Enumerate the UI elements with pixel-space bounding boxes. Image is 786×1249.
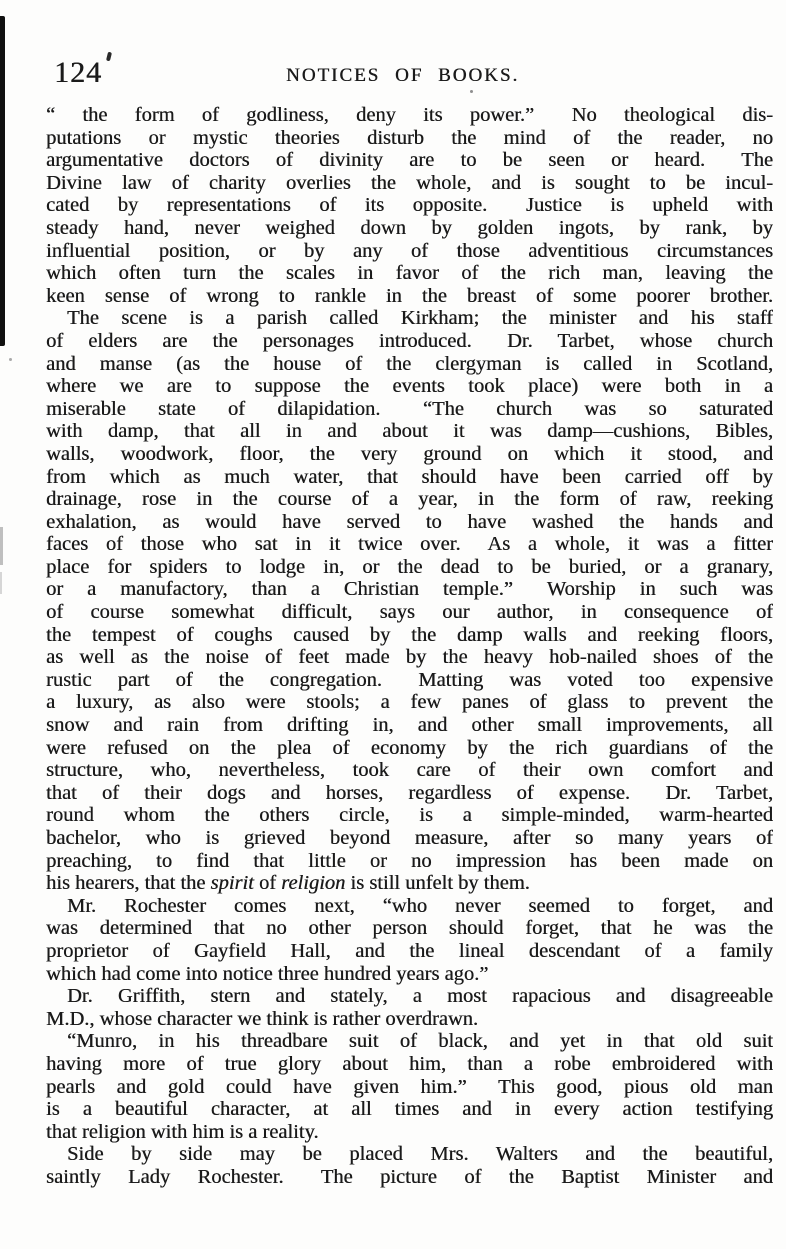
scan-edge-bar	[0, 16, 5, 346]
text-line: rustic part of the congregation. Matting…	[46, 669, 773, 692]
text-line: structure, who, nevertheless, took care …	[46, 759, 773, 782]
text-line: bachelor, who is grieved beyond measure,…	[46, 827, 773, 850]
scan-edge-smudge	[0, 572, 2, 594]
text-line: saintly Lady Rochester. The picture of t…	[46, 1166, 773, 1189]
text-line: which had come into notice three hundred…	[46, 963, 773, 986]
scan-edge-smudge	[0, 527, 3, 565]
text-line: snow and rain from drifting in, and othe…	[46, 714, 773, 737]
text-line: proprietor of Gayfield Hall, and the lin…	[46, 940, 773, 963]
text-line: “Munro, in his threadbare suit of black,…	[46, 1030, 773, 1053]
page: 124 NOTICES OF BOOKS. “ the form of godl…	[0, 0, 786, 1249]
text-line: place for spiders to lodge in, or the de…	[46, 556, 773, 579]
scan-ink-speck	[106, 52, 112, 62]
text-line: were refused on the plea of economy by t…	[46, 737, 773, 760]
text-line: argumentative doctors of divinity are to…	[46, 149, 773, 172]
emphasized-word: religion	[281, 872, 345, 894]
text-line: that of their dogs and horses, regardles…	[46, 782, 773, 805]
text-line: drainage, rose in the course of a year, …	[46, 488, 773, 511]
text-line: that religion with him is a reality.	[46, 1121, 773, 1144]
text-line: and manse (as the house of the clergyman…	[46, 353, 773, 376]
text-line: walls, woodwork, floor, the very ground …	[46, 443, 773, 466]
text-line: round whom the others circle, is a simpl…	[46, 804, 773, 827]
text-line: The scene is a parish called Kirkham; th…	[46, 307, 773, 330]
text-line: where we are to suppose the events took …	[46, 375, 773, 398]
text-line: faces of those who sat in it twice over.…	[46, 533, 773, 556]
text-line: was determined that no other person shou…	[46, 917, 773, 940]
text-line: “ the form of godliness, deny its power.…	[46, 104, 773, 127]
text-line: from which as much water, that should ha…	[46, 466, 773, 489]
text-line: a luxury, as also were stools; a few pan…	[46, 691, 773, 714]
page-number: 124	[54, 58, 102, 88]
text-line: Mr. Rochester comes next, “who never see…	[46, 895, 773, 918]
text-line: M.D., whose character we think is rather…	[46, 1008, 773, 1031]
text-line: influential position, or by any of those…	[46, 240, 773, 263]
scan-ink-speck	[9, 358, 12, 361]
text-line: steady hand, never weighed down by golde…	[46, 217, 773, 240]
text-line: or a manufactory, than a Christian templ…	[46, 578, 773, 601]
text-line: Dr. Griffith, stern and stately, a most …	[46, 985, 773, 1008]
text-line: his hearers, that the spirit of religion…	[46, 872, 773, 895]
text-line: is a beautiful character, at all times a…	[46, 1098, 773, 1121]
text-line: keen sense of wrong to rankle in the bre…	[46, 285, 773, 308]
text-line: exhalation, as would have served to have…	[46, 511, 773, 534]
text-line: with damp, that all in and about it was …	[46, 420, 773, 443]
text-line: pearls and gold could have given him.” T…	[46, 1076, 773, 1099]
text-line: which often turn the scales in favor of …	[46, 262, 773, 285]
running-header: NOTICES OF BOOKS.	[286, 66, 519, 86]
text-line: Side by side may be placed Mrs. Walters …	[46, 1143, 773, 1166]
text-line: the tempest of coughs caused by the damp…	[46, 624, 773, 647]
text-line: preaching, to find that little or no imp…	[46, 850, 773, 873]
emphasized-word: spirit	[211, 872, 254, 894]
text-line: of course somewhat difficult, says our a…	[46, 601, 773, 624]
text-line: cated by representations of its opposite…	[46, 194, 773, 217]
text-line: as well as the noise of feet made by the…	[46, 646, 773, 669]
text-column: “ the form of godliness, deny its power.…	[46, 104, 773, 1189]
text-line: Divine law of charity overlies the whole…	[46, 172, 773, 195]
text-line: having more of true glory about him, tha…	[46, 1053, 773, 1076]
scan-ink-speck	[470, 90, 473, 93]
text-line: putations or mystic theories disturb the…	[46, 127, 773, 150]
text-line: miserable state of dilapidation. “The ch…	[46, 398, 773, 421]
text-line: of elders are the personages introduced.…	[46, 330, 773, 353]
